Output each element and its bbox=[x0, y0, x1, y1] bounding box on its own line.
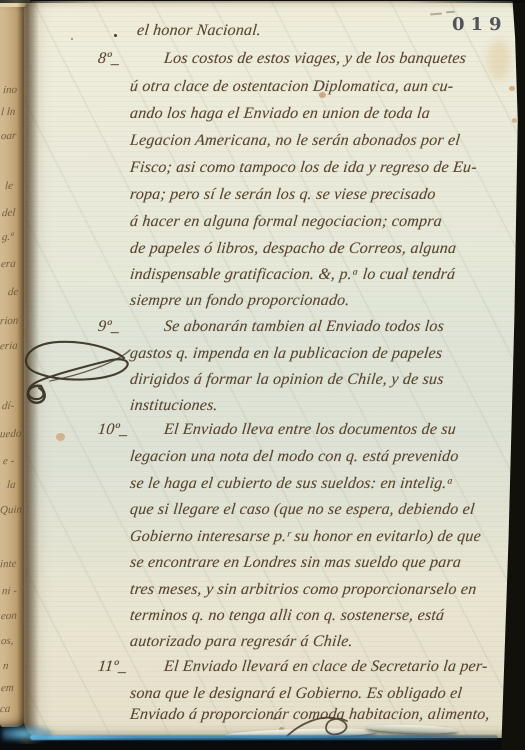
manuscript-line: 11º_El Enviado llevará en clace de Secre… bbox=[163, 658, 488, 676]
line-text: Los costos de estos viages, y de los ban… bbox=[163, 50, 467, 67]
facing-page-text-fragment: dí- bbox=[2, 400, 15, 412]
manuscript-line: gastos q. impenda en la publicacion de p… bbox=[129, 345, 443, 363]
facing-page-text-fragment: le bbox=[5, 180, 14, 192]
ink-dot bbox=[114, 34, 117, 37]
folio-number-stamp: 019 bbox=[452, 14, 508, 35]
facing-page-text-fragment: rion bbox=[0, 315, 19, 328]
facing-page-text-fragment: n bbox=[3, 660, 9, 672]
ink-paraph-flourish-icon bbox=[18, 336, 140, 408]
facing-page-text-fragment: la bbox=[7, 479, 16, 491]
manuscript-line: 8º_Los costos de estos viages, y de los … bbox=[163, 50, 467, 68]
manuscript-line: autorizado para regresár á Chile. bbox=[129, 633, 354, 651]
facing-page-text-fragment: os, bbox=[1, 635, 14, 647]
manuscript-line: de papeles ó libros, despacho de Correos… bbox=[129, 240, 457, 258]
facing-page-text-fragment: l ln bbox=[1, 106, 16, 119]
manuscript-line: sona que le designará el Gobierno. Es ob… bbox=[129, 685, 463, 703]
facing-page-text-fragment: em bbox=[1, 682, 15, 694]
manuscript-line: se encontrare en Londres sin mas sueldo … bbox=[129, 554, 462, 572]
backdrop-rim-light bbox=[30, 735, 498, 740]
facing-page-text-fragment: era bbox=[1, 258, 17, 271]
manuscript-line: se le haga el cubierto de sus sueldos: e… bbox=[129, 475, 454, 493]
manuscript-line: legacion una nota del modo con q. está p… bbox=[129, 448, 459, 466]
manuscript-line: tres meses, y sin arbitrios como proporc… bbox=[129, 581, 477, 599]
line-text: El Enviado llevará en clace de Secretari… bbox=[163, 658, 488, 675]
manuscript-line: ando los haga el Enviado en union de tod… bbox=[129, 105, 431, 123]
manuscript-photo: ino l ln oar le del g.ª era de rion eria… bbox=[0, 0, 525, 750]
manuscript-line: instituciones. bbox=[129, 397, 219, 415]
manuscript-line: ropa; pero sí le serán los q. se viese p… bbox=[129, 186, 436, 204]
facing-page-text-fragment: e - bbox=[3, 455, 15, 467]
item-number: 9º_ bbox=[97, 318, 161, 336]
line-text: El Enviado lleva entre los documentos de… bbox=[163, 421, 457, 438]
heading-line: el honor Nacional. bbox=[136, 22, 262, 40]
manuscript-line: á hacer en alguna formal negociacion; co… bbox=[129, 213, 443, 231]
facing-page-text-fragment: inte bbox=[0, 558, 17, 571]
facing-page-text-fragment: ni - bbox=[2, 585, 18, 598]
manuscript-line: 10º_El Enviado lleva entre los documento… bbox=[163, 421, 457, 439]
facing-page-text-fragment: eon bbox=[1, 610, 18, 623]
manuscript-line: ú otra clace de ostentacion Diplomatica,… bbox=[129, 78, 454, 96]
manuscript-line: terminos q. no tenga alli con q. sostene… bbox=[129, 607, 445, 625]
manuscript-line: siempre un fondo proporcionado. bbox=[129, 292, 350, 310]
item-number: 8º_ bbox=[97, 50, 161, 68]
item-number: 11º_ bbox=[97, 658, 161, 676]
manuscript-line: Legacion Americana, no le serán abonados… bbox=[129, 132, 461, 150]
facing-page-text-fragment: del bbox=[2, 207, 16, 220]
facing-page-text-fragment: eria bbox=[0, 340, 18, 353]
line-text: Se abonarán tambien al Enviado todos los bbox=[163, 318, 445, 335]
manuscript-line: Gobierno interesarse p.ʳ su honor en evi… bbox=[129, 528, 482, 546]
item-number: 10º_ bbox=[97, 421, 161, 439]
backdrop-top-edge bbox=[0, 0, 525, 3]
manuscript-line: 9º_Se abonarán tambien al Enviado todos … bbox=[163, 318, 445, 336]
backdrop-corner-glow bbox=[2, 725, 54, 741]
manuscript-line: dirigidos á formar la opinion de Chile, … bbox=[129, 371, 445, 389]
facing-page-text-fragment: ino bbox=[3, 84, 18, 97]
facing-page-text-fragment: oar bbox=[1, 130, 17, 143]
ink-dot bbox=[71, 38, 73, 40]
facing-page-text-fragment: g.ª bbox=[2, 231, 14, 243]
manuscript-line: indispensable gratificacion. &, p.ᵃ lo c… bbox=[129, 266, 456, 284]
manuscript-line: Fisco; asi como tampoco los de ida y reg… bbox=[129, 159, 478, 177]
manuscript-line: que si llegare el caso (que no se espera… bbox=[129, 501, 475, 519]
facing-page-text-fragment: ca bbox=[0, 703, 11, 715]
